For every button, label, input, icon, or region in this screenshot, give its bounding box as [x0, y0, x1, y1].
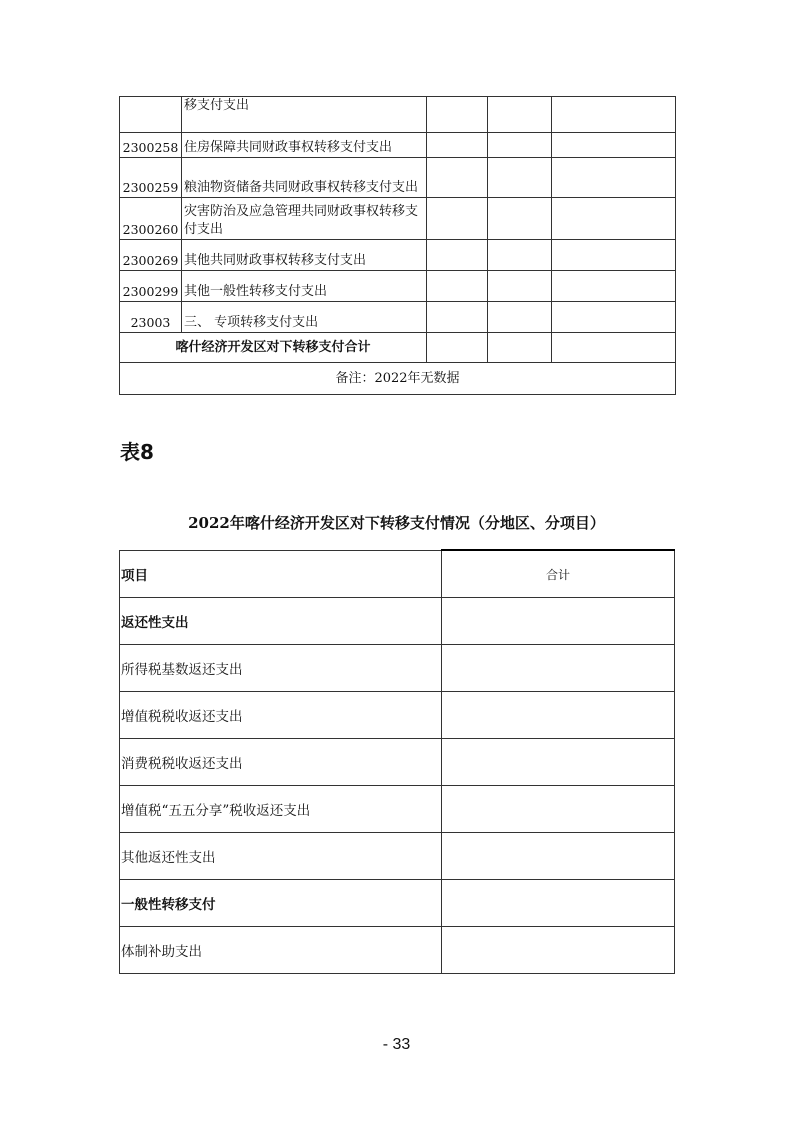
row-code: 23003: [120, 302, 182, 333]
value-cell: [552, 271, 676, 302]
row-code: 2300259: [120, 158, 182, 198]
table-row: 2300299 其他一般性转移支付支出: [120, 271, 676, 302]
row-label: 其他返还性支出: [120, 833, 442, 880]
value-cell: [552, 198, 676, 240]
row-code: 2300260: [120, 198, 182, 240]
total-row: 喀什经济开发区对下转移支付合计: [120, 333, 676, 363]
row-name: 其他一般性转移支付支出: [182, 271, 427, 302]
table-row: 增值税“五五分享”税收返还支出: [120, 786, 675, 833]
transfer-payment-table-continued: 移支付支出 2300258 住房保障共同财政事权转移支付支出 2300259 粮…: [119, 96, 676, 395]
value-cell: [427, 133, 488, 158]
row-value: [442, 880, 675, 927]
table-row: 返还性支出: [120, 598, 675, 645]
table-row: 2300259 粮油物资储备共同财政事权转移支付支出: [120, 158, 676, 198]
row-value: [442, 927, 675, 974]
value-cell: [427, 271, 488, 302]
value-cell: [427, 198, 488, 240]
table-title: 2022年喀什经济开发区对下转移支付情况（分地区、分项目）: [0, 512, 793, 533]
table-row: 2300269 其他共同财政事权转移支付支出: [120, 240, 676, 271]
table-row: 移支付支出: [120, 97, 676, 133]
table-row: 增值税税收返还支出: [120, 692, 675, 739]
value-cell: [488, 302, 552, 333]
row-label: 增值税“五五分享”税收返还支出: [120, 786, 442, 833]
table-row: 2300260 灾害防治及应急管理共同财政事权转移支付支出: [120, 198, 676, 240]
value-cell: [488, 198, 552, 240]
value-cell: [552, 240, 676, 271]
row-name: 三、 专项转移支付支出: [182, 302, 427, 333]
row-name: 粮油物资储备共同财政事权转移支付支出: [182, 158, 427, 198]
value-cell: [552, 133, 676, 158]
row-label: 消费税税收返还支出: [120, 739, 442, 786]
value-cell: [488, 158, 552, 198]
value-cell: [552, 333, 676, 363]
row-value: [442, 739, 675, 786]
row-value: [442, 692, 675, 739]
row-code: 2300269: [120, 240, 182, 271]
value-cell: [552, 302, 676, 333]
row-code: 2300258: [120, 133, 182, 158]
table-row: 消费税税收返还支出: [120, 739, 675, 786]
row-name: 移支付支出: [182, 97, 427, 133]
value-cell: [488, 97, 552, 133]
row-name: 其他共同财政事权转移支付支出: [182, 240, 427, 271]
row-name: 住房保障共同财政事权转移支付支出: [182, 133, 427, 158]
row-name: 灾害防治及应急管理共同财政事权转移支付支出: [182, 198, 427, 240]
table-row: 其他返还性支出: [120, 833, 675, 880]
row-value: [442, 786, 675, 833]
value-cell: [552, 158, 676, 198]
value-cell: [552, 97, 676, 133]
value-cell: [427, 240, 488, 271]
row-code: [120, 97, 182, 133]
note-text: 备注：2022年无数据: [120, 363, 676, 395]
value-cell: [488, 333, 552, 363]
header-row: 项目 合计: [120, 550, 675, 598]
row-label: 返还性支出: [120, 598, 442, 645]
header-total: 合计: [442, 550, 675, 598]
table-row: 所得税基数返还支出: [120, 645, 675, 692]
table-row: 一般性转移支付: [120, 880, 675, 927]
row-label: 增值税税收返还支出: [120, 692, 442, 739]
section-label: 表8: [120, 436, 154, 465]
value-cell: [427, 333, 488, 363]
value-cell: [488, 133, 552, 158]
row-label: 一般性转移支付: [120, 880, 442, 927]
row-value: [442, 598, 675, 645]
row-value: [442, 833, 675, 880]
value-cell: [427, 302, 488, 333]
total-label: 喀什经济开发区对下转移支付合计: [120, 333, 427, 363]
note-row: 备注：2022年无数据: [120, 363, 676, 395]
row-value: [442, 645, 675, 692]
row-label: 所得税基数返还支出: [120, 645, 442, 692]
value-cell: [488, 271, 552, 302]
row-label: 体制补助支出: [120, 927, 442, 974]
value-cell: [427, 97, 488, 133]
header-item: 项目: [120, 550, 442, 598]
row-code: 2300299: [120, 271, 182, 302]
table-8: 项目 合计 返还性支出 所得税基数返还支出 增值税税收返还支出 消费税税收返还支…: [119, 549, 675, 974]
value-cell: [488, 240, 552, 271]
table-row: 体制补助支出: [120, 927, 675, 974]
value-cell: [427, 158, 488, 198]
table-row: 2300258 住房保障共同财政事权转移支付支出: [120, 133, 676, 158]
page-number: - 33: [0, 1036, 793, 1054]
table-row: 23003 三、 专项转移支付支出: [120, 302, 676, 333]
